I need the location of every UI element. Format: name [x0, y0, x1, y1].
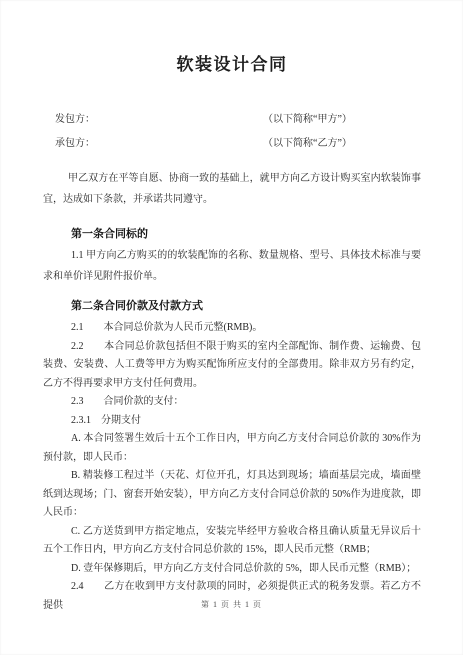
contractor-label: 承包方： [55, 138, 95, 149]
clause-2-3-1: 2.3.1 分期支付 [43, 412, 421, 431]
clause-2-3: 2.3 合同价款的支付： [43, 393, 421, 412]
employer-label: 发包方： [55, 114, 95, 125]
intro-paragraph: 甲乙双方在平等自愿、协商一致的基础上，就甲方向乙方设计购买室内软装饰事宜，达成如… [43, 168, 421, 210]
section-1-heading: 第一条合同标的 [43, 224, 421, 245]
payment-item-d: D. 壹年保修期后，甲方向乙方支付合同总价款的 5%，即人民币元整（RMB）； [43, 560, 421, 579]
party-row-contractor: 承包方： （以下简称“乙方”） [43, 132, 421, 156]
parties-block: 发包方： （以下简称“甲方”） 承包方： （以下简称“乙方”） [43, 108, 421, 156]
payment-item-b: B. 精装修工程过半（天花、灯位开孔，灯具达到现场；墙面基层完成，墙面壁纸到达现… [43, 467, 421, 523]
clause-2-2: 2.2 本合同总价款包括但不限于购买的室内全部配饰、制作费、运输费、包装费、安装… [43, 338, 421, 394]
section-2-body: 2.1 本合同总价款为人民币元整(RMB)。 2.2 本合同总价款包括但不限于购… [43, 319, 421, 615]
clause-2-1: 2.1 本合同总价款为人民币元整(RMB)。 [43, 319, 421, 338]
page-number-footer: 第 1 页 共 1 页 [0, 599, 463, 610]
employer-alias-note: （以下简称“甲方”） [263, 108, 352, 132]
party-row-employer: 发包方： （以下简称“甲方”） [43, 108, 421, 132]
payment-item-a: A. 本合同签署生效后十五个工作日内，甲方向乙方支付合同总价款的 30%作为预付… [43, 430, 421, 467]
section-2-heading: 第二条合同价款及付款方式 [43, 296, 421, 317]
payment-item-c: C. 乙方送货到甲方指定地点，安装完毕经甲方验收合格且确认质量无异议后十五个工作… [43, 523, 421, 560]
clause-1-1: 1.1 甲方向乙方购买的的软装配饰的名称、数量规格、型号、具体技术标准与要求和单… [43, 245, 421, 287]
document-page: 软装设计合同 发包方： （以下简称“甲方”） 承包方： （以下简称“乙方”） 甲… [0, 0, 463, 655]
document-title: 软装设计合同 [43, 0, 421, 78]
contractor-alias-note: （以下简称“乙方”） [263, 132, 352, 156]
